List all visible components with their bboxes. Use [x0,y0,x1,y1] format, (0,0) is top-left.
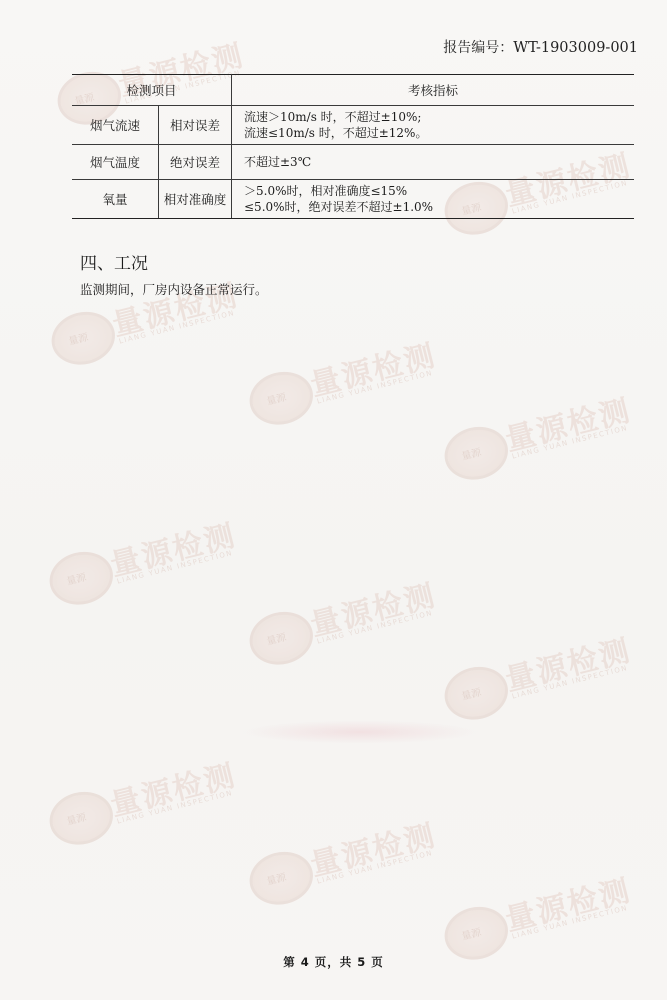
watermark-subtitle: LIANG YUAN INSPECTION [118,309,236,346]
table-row: 烟气流速 相对误差 流速＞10m/s 时，不超过±10%; 流速≤10m/s 时… [72,106,634,145]
watermark-subtitle: LIANG YUAN INSPECTION [511,424,629,461]
row-type: 相对误差 [159,106,232,145]
row-criteria: 流速＞10m/s 时，不超过±10%; 流速≤10m/s 时，不超过±12%。 [232,106,635,145]
criteria-table: 检测项目 考核指标 烟气流速 相对误差 流速＞10m/s 时，不超过±10%; … [72,74,634,219]
watermark-subtitle: LIANG YUAN INSPECTION [316,369,434,406]
table-row: 烟气温度 绝对误差 不超过±3℃ [72,145,634,180]
report-number: 报告编号：WT-1903009-001 [443,37,638,57]
criteria-line: 流速≤10m/s 时，不超过±12%。 [244,125,634,141]
watermark-logo: 量源 量源检测 LIANG YUAN INSPECTION [437,618,648,734]
header-criteria: 考核指标 [232,75,635,106]
watermark-brand: 量源检测 [500,385,635,459]
watermark-subtitle: LIANG YUAN INSPECTION [511,904,629,941]
watermark-logo: 量源 量源检测 LIANG YUAN INSPECTION [42,743,253,859]
section-body: 监测期间，厂房内设备正常运行。 [80,280,268,298]
row-category: 烟气流速 [72,106,159,145]
watermark-seal-icon: 量源 [44,545,119,611]
watermark-logo: 量源 量源检测 LIANG YUAN INSPECTION [242,563,453,679]
watermark-logo: 量源 量源检测 LIANG YUAN INSPECTION [242,323,453,439]
watermark-subtitle: LIANG YUAN INSPECTION [316,849,434,886]
row-type: 绝对误差 [159,145,232,180]
watermark-logo: 量源 量源检测 LIANG YUAN INSPECTION [42,503,253,619]
header-item: 检测项目 [72,75,232,106]
criteria-line: ≤5.0%时，绝对误差不超过±1.0% [244,199,634,215]
watermark-subtitle: LIANG YUAN INSPECTION [316,609,434,646]
watermark-brand: 量源检测 [105,750,240,824]
table-header-row: 检测项目 考核指标 [72,75,634,106]
table-row: 氧量 相对准确度 ＞5.0%时，相对准确度≤15% ≤5.0%时，绝对误差不超过… [72,180,634,219]
watermark-subtitle: LIANG YUAN INSPECTION [511,664,629,701]
watermark-brand: 量源检测 [500,865,635,939]
watermark-brand: 量源检测 [500,625,635,699]
watermark-seal-icon: 量源 [46,305,121,371]
criteria-line: ＞5.0%时，相对准确度≤15% [244,183,634,199]
watermark-logo: 量源 量源检测 LIANG YUAN INSPECTION [242,803,453,919]
watermark-subtitle: LIANG YUAN INSPECTION [116,549,234,586]
document-page: 量源 量源检测 LIANG YUAN INSPECTION 量源 量源检测 LI… [0,0,667,1000]
scan-smudge [240,720,480,744]
watermark-brand: 量源检测 [305,570,440,644]
watermark-seal-icon: 量源 [244,365,319,431]
report-number-label: 报告编号： [443,40,513,56]
section-title: 四、工况 [80,249,148,274]
row-category: 烟气温度 [72,145,159,180]
watermark-seal-icon: 量源 [244,605,319,671]
row-criteria: 不超过±3℃ [232,145,635,180]
row-category: 氧量 [72,180,159,219]
watermark-brand: 量源检测 [305,330,440,404]
watermark-subtitle: LIANG YUAN INSPECTION [116,789,234,826]
watermark-seal-icon: 量源 [439,660,514,726]
criteria-line: 流速＞10m/s 时，不超过±10%; [244,109,634,125]
watermark-seal-icon: 量源 [244,845,319,911]
watermark-seal-icon: 量源 [439,420,514,486]
watermark-brand: 量源检测 [305,810,440,884]
watermark-seal-icon: 量源 [44,785,119,851]
row-criteria: ＞5.0%时，相对准确度≤15% ≤5.0%时，绝对误差不超过±1.0% [232,180,635,219]
page-number: 第 4 页，共 5 页 [0,954,667,970]
row-type: 相对准确度 [159,180,232,219]
watermark-logo: 量源 量源检测 LIANG YUAN INSPECTION [437,378,648,494]
criteria-line: 不超过±3℃ [244,154,634,170]
report-number-value: WT-1903009-001 [513,40,638,56]
watermark-brand: 量源检测 [105,510,240,584]
